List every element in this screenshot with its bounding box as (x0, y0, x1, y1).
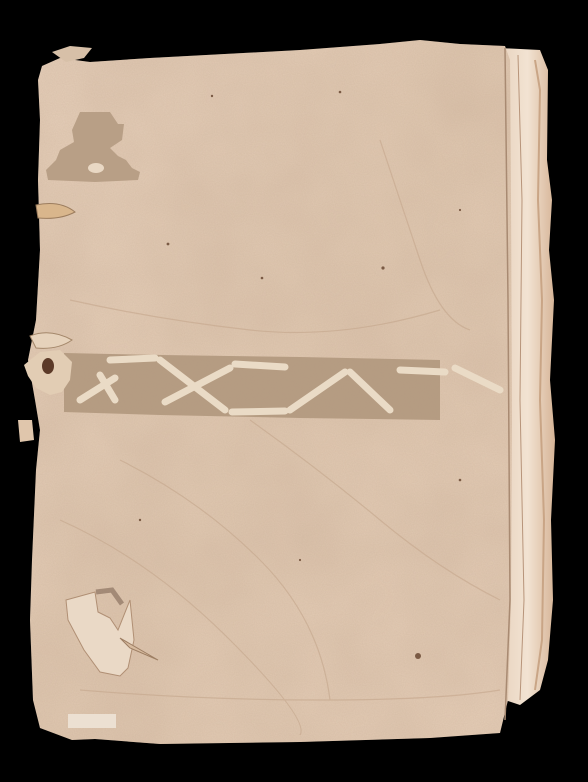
paper-tab (68, 714, 116, 728)
book-photo (0, 0, 588, 782)
